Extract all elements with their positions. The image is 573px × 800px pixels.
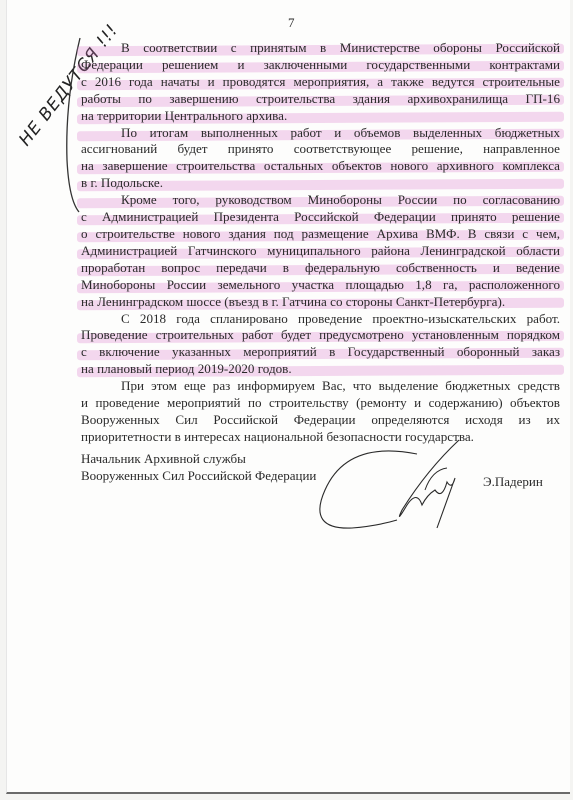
text-line: и проведение мероприятий по строительств… (81, 395, 560, 412)
text-line: По итогам выполненных работ и объемов вы… (81, 125, 560, 142)
text-line: В соответствии с принятым в Министерстве… (81, 40, 560, 57)
text-line: работы по завершению строительства здани… (81, 91, 560, 108)
text-line: Проведение строительных работ будет пред… (81, 327, 560, 344)
document-page: 7 НЕ ВЕДУТСЯ !!! В соответствии с принят… (6, 0, 570, 794)
text-line: Федерации решением и заключенными госуда… (81, 57, 560, 74)
text-line: При этом еще раз информируем Вас, что вы… (81, 378, 560, 395)
text-line: на Ленинградском шоссе (въезд в г. Гатчи… (81, 294, 560, 311)
text-line: с включение указанных мероприятий в Госу… (81, 344, 560, 361)
text-line: ассигнований будет принято соответствующ… (81, 141, 560, 158)
text-line: Минобороны России земельного участка пло… (81, 277, 560, 294)
letter-body: В соответствии с принятым в Министерстве… (81, 40, 560, 446)
text-line: Кроме того, руководством Минобороны Росс… (81, 192, 560, 209)
text-line: с Администрацией Президента Российской Ф… (81, 209, 560, 226)
text-line: Администрацией Гатчинского муниципальног… (81, 243, 560, 260)
text-line: о строительстве нового здания под размещ… (81, 226, 560, 243)
text-line: Вооруженных Сил Российской Федерации опр… (81, 412, 560, 429)
signer-name: Э.Падерин (483, 474, 543, 490)
text-line: проработан вопрос передачи в федеральную… (81, 260, 560, 277)
text-line: С 2018 года спланировано проведение прое… (81, 311, 560, 328)
text-line: на завершение строительства остальных об… (81, 158, 560, 175)
text-line: с 2016 года начаты и проводятся мероприя… (81, 74, 560, 91)
